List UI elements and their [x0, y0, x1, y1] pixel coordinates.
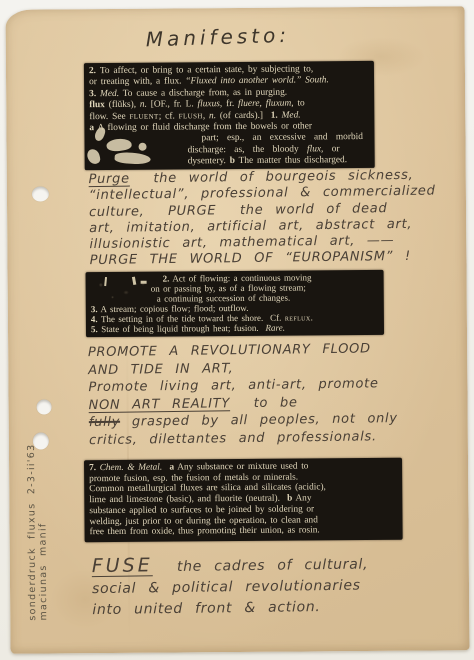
text-segment: [OF., fr. L. — [147, 100, 198, 110]
text-segment: into united front & action. — [92, 599, 320, 618]
punch-hole — [37, 399, 52, 414]
text-segment: Any substance or mixture used to — [174, 461, 308, 472]
text-segment: NON ART REALITY — [89, 396, 231, 413]
text-segment: flux — [89, 100, 105, 110]
text-segment: fluere, fluxum — [238, 99, 291, 109]
text-segment: discharge: as, the bloody — [188, 144, 307, 155]
text-line: 5. State of being liquid through heat; f… — [91, 322, 379, 334]
text-segment: fluent — [129, 111, 158, 121]
text-segment: reflux — [285, 313, 311, 323]
photo-background: Manifesto: 2. To affect, or bring to a c… — [0, 0, 474, 660]
handwritten-fuse-section: FUSE the cadres of cultural,social & pol… — [92, 551, 453, 621]
text-segment: Any — [292, 494, 311, 504]
text-segment: FUSE — [92, 554, 153, 577]
text-segment: AND TIDE IN ART, — [88, 361, 233, 378]
page-title: Manifesto: — [145, 20, 366, 51]
text-segment: n. — [209, 111, 216, 121]
text-segment: to be — [230, 395, 298, 411]
text-segment: lime and limestone (basic), and fluorite… — [89, 494, 287, 506]
text-segment: The matter thus discharged. — [235, 155, 347, 166]
text-segment: flush — [179, 111, 203, 121]
text-segment: PROMOTE A REVOLUTIONARY FLOOD — [88, 341, 371, 360]
text-segment: “Fluxed into another world.” South. — [185, 76, 329, 87]
text-line: into united front & action. — [92, 595, 452, 621]
text-segment: To cause a discharge from, as in purging… — [119, 87, 287, 98]
text-segment: (flŭks), — [105, 100, 140, 110]
text-segment: PURGE THE WORLD OF “EUROPANISM” ! — [90, 249, 411, 268]
text-segment: dysentery. — [188, 156, 230, 166]
text-segment: A flowing or fluid discharge from the bo… — [94, 121, 312, 133]
text-segment: , or — [321, 144, 340, 154]
text-segment: . — [311, 313, 313, 323]
punch-hole — [32, 186, 49, 201]
text-segment: Chem. & Metal. — [100, 463, 163, 473]
text-line: critics, dilettantes and professionals. — [89, 427, 449, 449]
text-segment: (of cards).] — [216, 110, 271, 120]
text-segment: fluxus — [197, 99, 219, 109]
text-segment: Promote living art, anti-art, promote — [88, 377, 378, 396]
text-segment: flux — [307, 144, 321, 154]
text-segment: Purge — [89, 172, 130, 188]
text-segment: ; cf. — [159, 111, 179, 121]
text-segment: a continuing succession of changes. — [157, 293, 291, 304]
text-segment: Med. — [282, 110, 301, 120]
text-segment: 7. — [89, 463, 96, 473]
dictionary-clipping-flux-noun: 2. Act of flowing: a continuous movingon… — [86, 270, 385, 337]
text-segment: Rare. — [265, 323, 284, 333]
text-line: dysentery. b The matter thus discharged. — [90, 155, 370, 169]
text-segment: social & political revolutionaries — [92, 578, 361, 598]
dictionary-clipping-flux-chem: 7. Chem. & Metal. a Any substance or mix… — [84, 458, 403, 542]
text-segment: flow. See — [89, 111, 129, 121]
clipping-text: 7. Chem. & Metal. a Any substance or mix… — [89, 461, 398, 538]
text-segment: grasped by all peoples, not only — [120, 411, 398, 430]
text-line: PURGE THE WORLD OF “EUROPANISM” ! — [90, 249, 440, 270]
dictionary-clipping-flux-verb: 2. To affect, or bring to a certain stat… — [84, 61, 375, 170]
text-segment: or treating with, a flux. — [89, 77, 185, 88]
text-segment: the cadres of cultural, — [153, 556, 369, 575]
text-segment: To affect, or bring to a certain state, … — [96, 64, 313, 76]
text-segment: fully — [89, 415, 120, 430]
text-segment: , to — [291, 99, 305, 109]
handwritten-promote-section: PROMOTE A REVOLUTIONARY FLOODAND TIDE IN… — [88, 339, 449, 449]
side-inscription: sonderdruck fluxus 2-3-ii'63 maciunas ma… — [26, 396, 50, 620]
text-segment: , fr. — [220, 99, 238, 109]
text-segment: critics, dilettantes and professionals. — [89, 429, 377, 448]
clipping-text: 2. To affect, or bring to a certain stat… — [89, 64, 370, 169]
clipping-text: 2. Act of flowing: a continuous movingon… — [91, 272, 379, 335]
text-segment: Med. — [100, 89, 119, 99]
text-segment: free them from oxide, thus promoting the… — [90, 526, 320, 538]
text-segment: part; esp., an excessive and morbid — [201, 132, 363, 143]
manifesto-page: Manifesto: 2. To affect, or bring to a c… — [5, 6, 469, 654]
text-segment: State of being liquid through heat; fusi… — [98, 323, 266, 334]
text-segment: promote fusion, esp. the fusion of metal… — [89, 472, 298, 484]
text-segment: n. — [140, 100, 147, 110]
punch-hole — [33, 432, 49, 449]
handwritten-purge-section: Purge the world of bourgeois sickness,“i… — [89, 168, 440, 270]
text-line: free them from oxide, thus promoting the… — [90, 525, 398, 538]
